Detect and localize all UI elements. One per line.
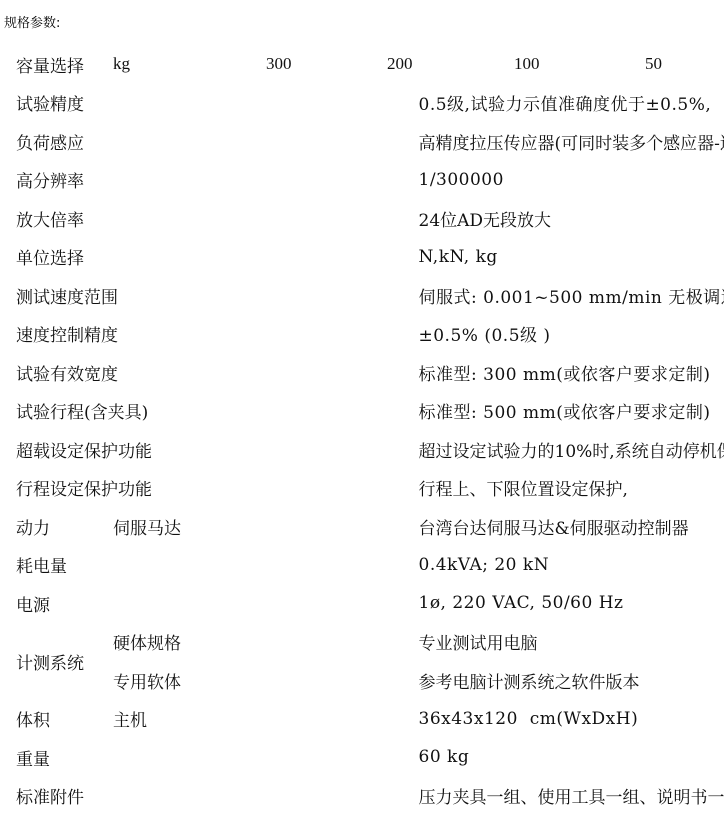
- row-value: 压力夹具一组、使用工具一组、说明书一份、保固书一份: [419, 777, 724, 813]
- row-label: 标准附件: [0, 777, 113, 813]
- row-label: 动力: [0, 507, 113, 546]
- row-value: ±0.5% (0.5级 ): [419, 315, 724, 354]
- row-label: 行程设定保护功能: [0, 469, 419, 508]
- row-label: 单位选择: [0, 238, 113, 277]
- table-row: 重量 60 kg: [0, 738, 724, 777]
- row-sublabel: [113, 238, 419, 277]
- row-label: 体积: [0, 700, 113, 739]
- row-sublabel: 专用软体: [113, 661, 419, 700]
- table-row: 高分辨率 1/300000: [0, 161, 724, 200]
- row-value: 行程上、下限位置设定保护,: [419, 469, 724, 508]
- row-label: 耗电量: [0, 546, 113, 585]
- capacity-value: 100: [514, 54, 540, 74]
- table-row-measurement: 计测系统 硬体规格 专业测试用电脑: [0, 623, 724, 662]
- table-row: 行程设定保护功能 行程上、下限位置设定保护,: [0, 469, 724, 508]
- row-value: 专业测试用电脑: [419, 623, 724, 662]
- table-row: 体积 主机 36x43x120 cm(WxDxH): [0, 700, 724, 739]
- table-row: 放大倍率 24位AD无段放大: [0, 199, 724, 238]
- row-value: 标准型: 300 mm(或依客户要求定制): [419, 353, 724, 392]
- row-sublabel: [113, 199, 419, 238]
- table-row: 试验行程(含夹具) 标准型: 500 mm(或依客户要求定制): [0, 392, 724, 431]
- row-label: 试验有效宽度: [0, 353, 113, 392]
- row-label: 计测系统: [0, 623, 113, 700]
- capacity-value: 300: [266, 54, 292, 74]
- row-value: 36x43x120 cm(WxDxH): [419, 700, 724, 739]
- row-value: 1/300000: [419, 161, 724, 200]
- row-label: 放大倍率: [0, 199, 113, 238]
- row-value: 60 kg: [419, 738, 724, 777]
- row-label: 测试速度范围: [0, 276, 113, 315]
- row-label: 高分辨率: [0, 161, 113, 200]
- row-value: 标准型: 500 mm(或依客户要求定制): [419, 392, 724, 431]
- row-sublabel: [113, 738, 419, 777]
- row-label: 试验精度: [0, 84, 113, 123]
- table-row: 单位选择 N,kN, kg: [0, 238, 724, 277]
- row-value: 超过设定试验力的10%时,系统自动停机保护: [419, 430, 724, 469]
- row-sublabel: 硬体规格: [113, 623, 419, 662]
- row-sublabel: [113, 276, 419, 315]
- row-sublabel: [113, 161, 419, 200]
- row-value: 高精度拉压传应器(可同时装多个感应器-选购): [419, 122, 724, 161]
- row-sublabel: [113, 122, 419, 161]
- table-row: 动力 伺服马达 台湾台达伺服马达&伺服驱动控制器: [0, 507, 724, 546]
- table-row: 试验有效宽度 标准型: 300 mm(或依客户要求定制): [0, 353, 724, 392]
- row-label: 超载设定保护功能: [0, 430, 419, 469]
- row-sublabel: [113, 584, 419, 623]
- row-label: 容量选择: [0, 45, 113, 84]
- table-row: 耗电量 0.4kVA; 20 kN: [0, 546, 724, 585]
- row-value: 24位AD无段放大: [419, 199, 724, 238]
- section-heading: 规格参数:: [4, 15, 60, 33]
- table-row: 电源 1ø, 220 VAC, 50/60 Hz: [0, 584, 724, 623]
- row-sublabel: [113, 84, 419, 123]
- table-row: 速度控制精度 ±0.5% (0.5级 ): [0, 315, 724, 354]
- table-row: 标准附件 压力夹具一组、使用工具一组、说明书一份、保固书一份: [0, 777, 724, 813]
- row-value: 伺服式: 0.001~500 mm/min 无极调速: [419, 276, 724, 315]
- capacity-unit: kg: [113, 54, 130, 74]
- table-row: 试验精度 0.5级,试验力示值准确度优于±0.5%,: [0, 84, 724, 123]
- capacity-value: 200: [387, 54, 413, 74]
- row-sublabel: [113, 353, 419, 392]
- table-row: 超载设定保护功能 超过设定试验力的10%时,系统自动停机保护: [0, 430, 724, 469]
- row-sublabel: 主机: [113, 700, 419, 739]
- row-sublabel: [113, 777, 419, 813]
- table-row: 负荷感应 高精度拉压传应器(可同时装多个感应器-选购): [0, 122, 724, 161]
- table-row-capacity: 容量选择 kg 300 200 100 50: [0, 45, 724, 84]
- row-value: 1ø, 220 VAC, 50/60 Hz: [419, 584, 724, 623]
- row-value: 参考电脑计测系统之软件版本: [419, 661, 724, 700]
- row-value: N,kN, kg: [419, 238, 724, 277]
- row-value: 台湾台达伺服马达&伺服驱动控制器: [419, 507, 724, 546]
- row-sublabel: [113, 546, 419, 585]
- row-label: 负荷感应: [0, 122, 113, 161]
- row-label: 电源: [0, 584, 113, 623]
- spec-table: 容量选择 kg 300 200 100 50 试验精度 0.5级,试验力示值准确…: [0, 45, 724, 813]
- row-sublabel: 伺服马达: [113, 507, 419, 546]
- row-value: 0.5级,试验力示值准确度优于±0.5%,: [419, 84, 724, 123]
- capacity-values: kg 300 200 100 50: [113, 45, 724, 84]
- table-row: 测试速度范围 伺服式: 0.001~500 mm/min 无极调速: [0, 276, 724, 315]
- row-value: 0.4kVA; 20 kN: [419, 546, 724, 585]
- row-label: 速度控制精度: [0, 315, 113, 354]
- row-label: 试验行程(含夹具): [0, 392, 419, 431]
- row-sublabel: [113, 315, 419, 354]
- row-label: 重量: [0, 738, 113, 777]
- capacity-value: 50: [645, 54, 662, 74]
